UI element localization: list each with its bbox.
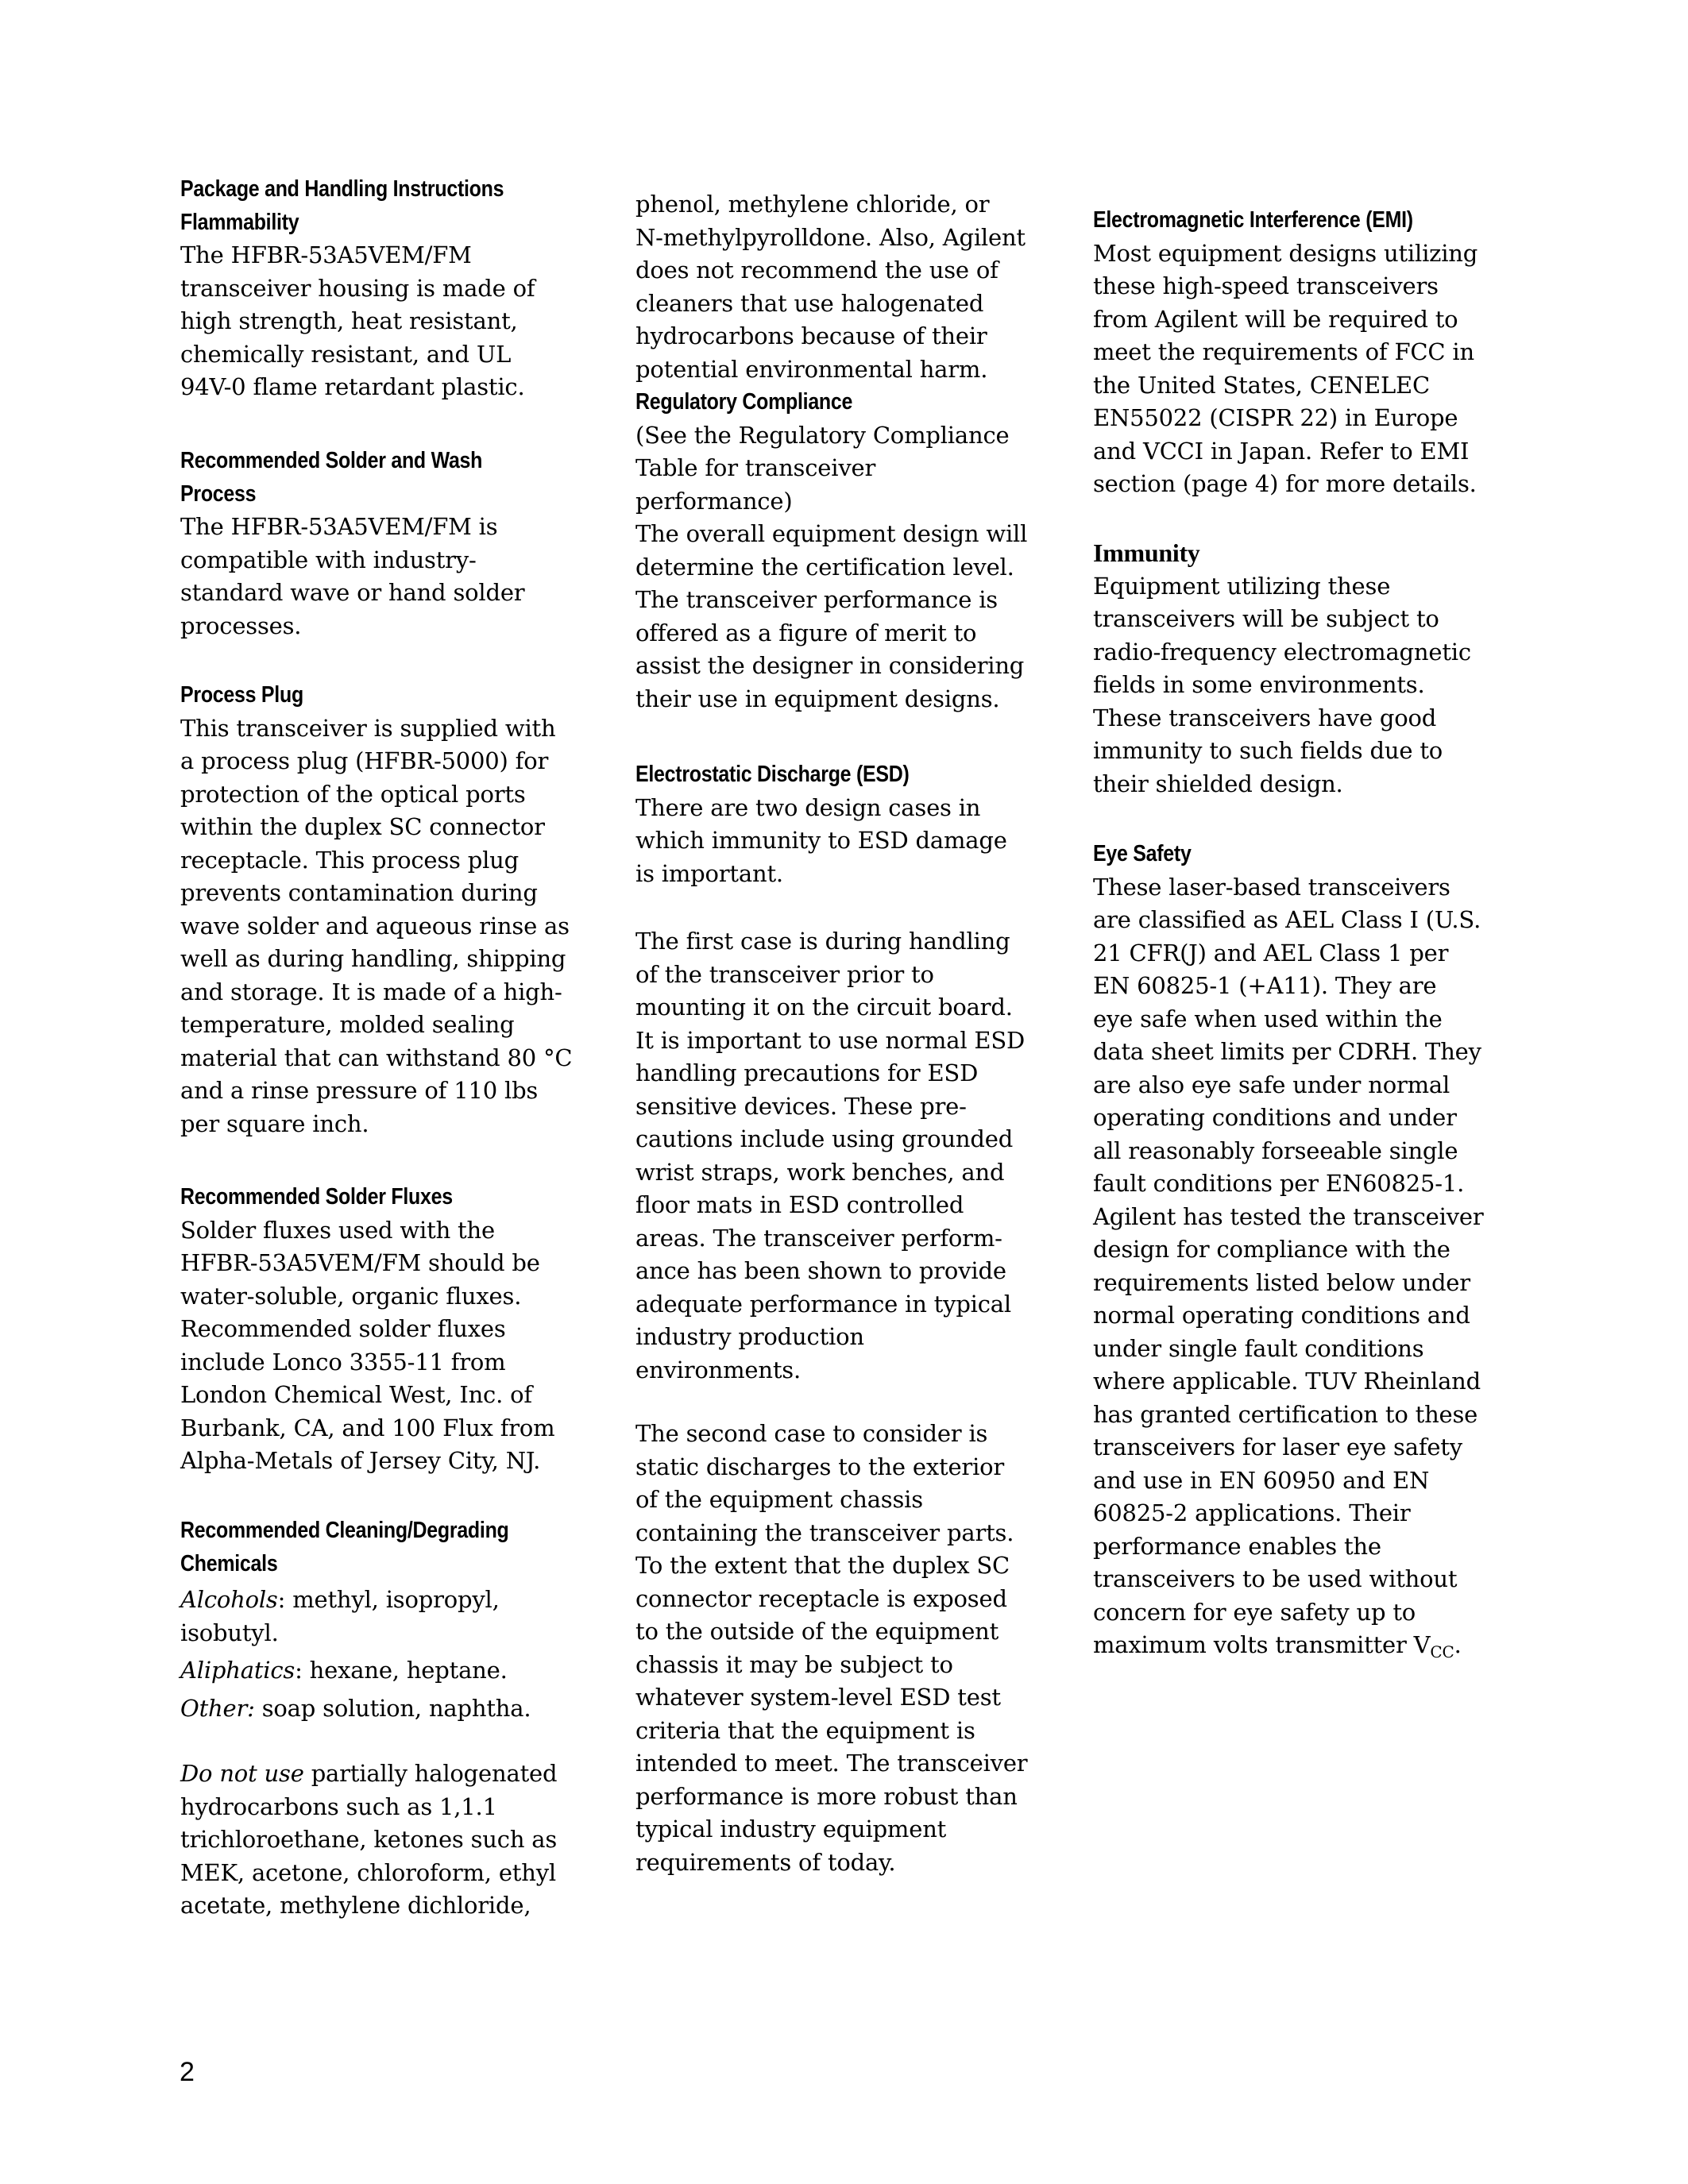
text-line: adequate performance in typical	[635, 1288, 1096, 1322]
text-line: transceivers to be used without	[1093, 1563, 1554, 1596]
text-line: transceivers for laser eye safety	[1093, 1431, 1554, 1464]
text-line: trichloroethane, ketones such as	[180, 1823, 641, 1857]
text-line: chassis it may be subject to	[635, 1649, 1096, 1682]
text-line: of the transceiver prior to	[635, 959, 1096, 992]
section-regulatory-compliance: Regulatory Compliance (See the Regulator…	[635, 386, 1096, 716]
chemical-item-continued: isobutyl.	[180, 1617, 641, 1650]
text-line: performance)	[635, 485, 1096, 519]
section-heading: Electromagnetic Interference (EMI)	[1093, 204, 1489, 237]
text-line: Burbank, CA, and 100 Flux from	[180, 1412, 641, 1445]
chemical-item-other: Other: soap solution, naphtha.	[180, 1692, 641, 1726]
text-line: static discharges to the exterior	[635, 1451, 1096, 1484]
section-cleaning-continued: phenol, methylene chloride, or N-methylp…	[635, 188, 1096, 386]
text-line: operating conditions and under	[1093, 1102, 1554, 1135]
text-line: protection of the optical ports	[180, 778, 641, 812]
text-line: processes.	[180, 610, 641, 643]
text-line: mounting it on the circuit board.	[635, 991, 1096, 1024]
text-line: to the outside of the equipment	[635, 1615, 1096, 1649]
text-line: transceivers will be subject to	[1093, 603, 1554, 636]
text-line: cleaners that use halogenated	[635, 287, 1096, 321]
text-line: and storage. It is made of a high-	[180, 976, 641, 1009]
text-line: Recommended solder fluxes	[180, 1313, 641, 1346]
item-label: Other:	[180, 1695, 255, 1722]
text-line: Agilent has tested the transceiver	[1093, 1201, 1554, 1234]
text-line: fault conditions per EN60825-1.	[1093, 1167, 1554, 1201]
text-line: requirements listed below under	[1093, 1267, 1554, 1300]
text-line: (See the Regulatory Compliance	[635, 419, 1096, 453]
text-line: which immunity to ESD damage	[635, 824, 1096, 858]
warning-line: Do not use partially halogenated	[180, 1758, 641, 1791]
section-esd-first-case: The first case is during handling of the…	[635, 925, 1096, 1387]
text-line: data sheet limits per CDRH. They	[1093, 1036, 1554, 1069]
text-line: high strength, heat resistant,	[180, 305, 641, 338]
text-line: meet the requirements of FCC in	[1093, 336, 1554, 369]
text-line: design for compliance with the	[1093, 1233, 1554, 1267]
text-line: chemically resistant, and UL	[180, 338, 641, 372]
text-line: floor mats in ESD controlled	[635, 1189, 1096, 1222]
text-line: containing the transceiver parts.	[635, 1517, 1096, 1550]
text-line: performance enables the	[1093, 1530, 1554, 1564]
text-line: prevents contamination during	[180, 877, 641, 910]
text-line: and VCCI in Japan. Refer to EMI	[1093, 435, 1554, 469]
text-line: requirements of today.	[635, 1846, 1096, 1880]
text-line: Alpha-Metals of Jersey City, NJ.	[180, 1445, 641, 1478]
text-line: 94V-0 flame retardant plastic.	[180, 371, 641, 404]
text-line: London Chemical West, Inc. of	[180, 1379, 641, 1412]
text-line: phenol, methylene chloride, or	[635, 188, 1096, 222]
text-line: their use in equipment designs.	[635, 683, 1096, 716]
section-cleaning-chemicals: Recommended Cleaning/Degrading Chemicals…	[180, 1515, 641, 1923]
text-line: It is important to use normal ESD	[635, 1024, 1096, 1058]
text-line: where applicable. TUV Rheinland	[1093, 1365, 1554, 1399]
text-line: There are two design cases in	[635, 792, 1096, 825]
section-process-plug: Process Plug This transceiver is supplie…	[180, 679, 641, 1140]
text-line: and use in EN 60950 and EN	[1093, 1464, 1554, 1498]
text-line: The transceiver performance is	[635, 584, 1096, 617]
text-line: Equipment utilizing these	[1093, 570, 1554, 604]
text-line: Table for transceiver	[635, 452, 1096, 485]
text-line: these high-speed transceivers	[1093, 270, 1554, 303]
text-line: standard wave or hand solder	[180, 577, 641, 610]
text-line: To the extent that the duplex SC	[635, 1549, 1096, 1583]
text-line: cautions include using grounded	[635, 1123, 1096, 1156]
text-line: hydrocarbons such as 1,1.1	[180, 1791, 641, 1824]
text-line: the United States, CENELEC	[1093, 369, 1554, 403]
text-line: include Lonco 3355-11 from	[180, 1346, 641, 1379]
text-line: are classified as AEL Class I (U.S.	[1093, 904, 1554, 937]
subscript-cc: CC	[1430, 1642, 1454, 1661]
section-heading: Recommended Cleaning/Degrading	[180, 1515, 577, 1548]
text-line: ance has been shown to provide	[635, 1255, 1096, 1288]
text-line: fields in some environments.	[1093, 669, 1554, 702]
text-line: performance is more robust than	[635, 1781, 1096, 1814]
text-line: under single fault conditions	[1093, 1333, 1554, 1366]
text-line: acetate, methylene dichloride,	[180, 1889, 641, 1923]
section-solder-wash: Recommended Solder and Wash Process The …	[180, 445, 641, 642]
item-label: Alcohols	[180, 1586, 278, 1613]
text-line: per square inch.	[180, 1108, 641, 1141]
text-line: N-methylpyrolldone. Also, Agilent	[635, 222, 1096, 255]
text-line: is important.	[635, 858, 1096, 891]
text-line: EN 60825-1 (+A11). They are	[1093, 970, 1554, 1003]
section-heading: Recommended Solder Fluxes	[180, 1181, 577, 1214]
text-line: The second case to consider is	[635, 1418, 1096, 1451]
text-line: industry production	[635, 1321, 1096, 1354]
text-line: hydrocarbons because of their	[635, 320, 1096, 353]
text-line: a process plug (HFBR-5000) for	[180, 745, 641, 778]
text-line: compatible with industry-	[180, 544, 641, 577]
text-line: and a rinse pressure of 110 lbs	[180, 1075, 641, 1108]
section-heading: Immunity	[1093, 537, 1554, 570]
text-line: of the equipment chassis	[635, 1484, 1096, 1517]
text-line: from Agilent will be required to	[1093, 303, 1554, 337]
text-line: potential environmental harm.	[635, 353, 1096, 387]
text-line: Most equipment designs utilizing	[1093, 237, 1554, 271]
text-line: The first case is during handling	[635, 925, 1096, 959]
text-line: transceiver housing is made of	[180, 272, 641, 306]
section-solder-fluxes: Recommended Solder Fluxes Solder fluxes …	[180, 1181, 641, 1478]
text-line: concern for eye safety up to	[1093, 1596, 1554, 1630]
text-line: eye safe when used within the	[1093, 1003, 1554, 1036]
text-line: These laser-based transceivers	[1093, 871, 1554, 905]
page-number: 2	[180, 2057, 195, 2088]
text-line: These transceivers have good	[1093, 702, 1554, 735]
warning-label: Do not use	[180, 1760, 304, 1787]
text-line: The overall equipment design will	[635, 518, 1096, 551]
text-line: offered as a figure of merit to	[635, 617, 1096, 650]
text-line: connector receptacle is exposed	[635, 1583, 1096, 1616]
text-line: wrist straps, work benches, and	[635, 1156, 1096, 1190]
text-line: typical industry equipment	[635, 1813, 1096, 1846]
text-line: environments.	[635, 1354, 1096, 1387]
text-line: wave solder and aqueous rinse as	[180, 910, 641, 943]
text-line: handling precautions for ESD	[635, 1057, 1096, 1090]
text-line: assist the designer in considering	[635, 650, 1096, 683]
section-heading: Process	[180, 478, 577, 511]
text-line: are also eye safe under normal	[1093, 1069, 1554, 1102]
section-immunity: Immunity Equipment utilizing these trans…	[1093, 537, 1554, 801]
text-line: temperature, molded sealing	[180, 1009, 641, 1042]
text-line: whatever system-level ESD test	[635, 1681, 1096, 1715]
text-line: sensitive devices. These pre-	[635, 1090, 1096, 1124]
section-emi: Electromagnetic Interference (EMI) Most …	[1093, 204, 1554, 501]
text-line: section (page 4) for more details.	[1093, 468, 1554, 501]
section-package-handling: Package and Handling Instructions Flamma…	[180, 173, 641, 404]
text-line: well as during handling, shipping	[180, 943, 641, 976]
text-line: within the duplex SC connector	[180, 811, 641, 844]
text-line: HFBR-53A5VEM/FM should be	[180, 1247, 641, 1280]
text-line: 60825-2 applications. Their	[1093, 1497, 1554, 1530]
text-line: their shielded design.	[1093, 768, 1554, 801]
text-line: Solder fluxes used with the	[180, 1214, 641, 1248]
section-title: Package and Handling Instructions	[180, 173, 577, 206]
section-esd: Electrostatic Discharge (ESD) There are …	[635, 758, 1096, 890]
section-heading: Eye Safety	[1093, 838, 1489, 871]
section-heading: Chemicals	[180, 1548, 577, 1581]
chemical-item-aliphatics: Aliphatics: hexane, heptane.	[180, 1654, 641, 1688]
text-line: normal operating conditions and	[1093, 1299, 1554, 1333]
section-eye-safety: Eye Safety These laser-based transceiver…	[1093, 838, 1554, 1669]
section-esd-second-case: The second case to consider is static di…	[635, 1418, 1096, 1879]
text-line: determine the certification level.	[635, 551, 1096, 585]
text-line: does not recommend the use of	[635, 254, 1096, 287]
text-line: The HFBR-53A5VEM/FM is	[180, 511, 641, 544]
text-line: water-soluble, organic fluxes.	[180, 1280, 641, 1314]
text-line: all reasonably forseeable single	[1093, 1135, 1554, 1168]
text-line: has granted certification to these	[1093, 1399, 1554, 1432]
section-heading: Electrostatic Discharge (ESD)	[635, 758, 1032, 792]
text-line: receptacle. This process plug	[180, 844, 641, 878]
text-line: This transceiver is supplied with	[180, 712, 641, 746]
text-line-vcc: maximum volts transmitter VCC.	[1093, 1629, 1554, 1669]
text-line: The HFBR-53A5VEM/FM	[180, 239, 641, 272]
text-line: immunity to such fields due to	[1093, 735, 1554, 768]
chemical-item-alcohols: Alcohols: methyl, isopropyl,	[180, 1584, 641, 1617]
section-heading: Recommended Solder and Wash	[180, 445, 577, 478]
text-line: 21 CFR(J) and AEL Class 1 per	[1093, 937, 1554, 970]
text-line: intended to meet. The transceiver	[635, 1747, 1096, 1781]
text-line: radio-frequency electromagnetic	[1093, 636, 1554, 669]
text-line: areas. The transceiver perform-	[635, 1222, 1096, 1256]
item-label: Aliphatics	[180, 1657, 295, 1684]
text-line: material that can withstand 80 °C	[180, 1042, 641, 1075]
text-line: EN55022 (CISPR 22) in Europe	[1093, 402, 1554, 435]
text-line: criteria that the equipment is	[635, 1715, 1096, 1748]
section-heading: Regulatory Compliance	[635, 386, 1032, 419]
section-heading: Process Plug	[180, 679, 577, 712]
subsection-title-flammability: Flammability	[180, 206, 577, 240]
text-line: MEK, acetone, chloroform, ethyl	[180, 1857, 641, 1890]
